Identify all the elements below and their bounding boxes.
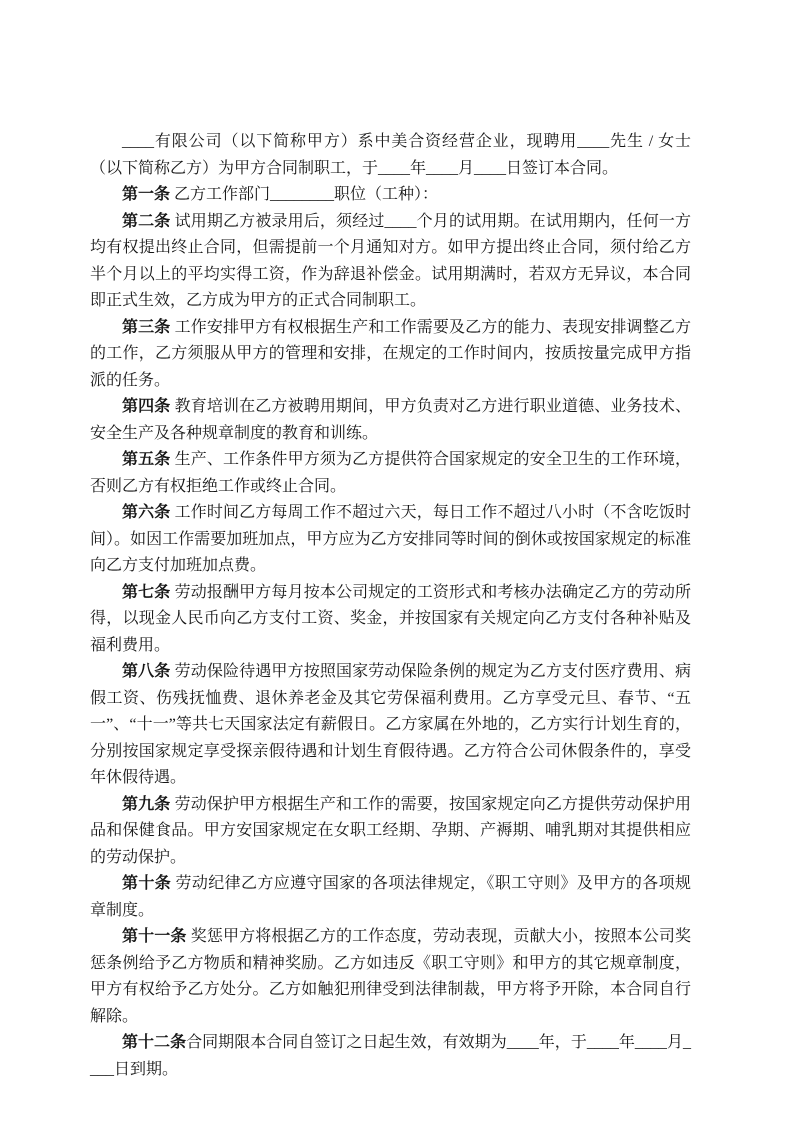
article-number: 第十一条 <box>122 928 187 945</box>
article-number: 第九条 <box>122 796 170 813</box>
contract-intro: ____有限公司（以下简称甲方）系中美合资经营企业，现聘用____先生 / 女士… <box>90 129 691 182</box>
contract-article: 第十条 劳动纪律乙方应遵守国家的各项法律规定，《职工守则》及甲方的各项规章制度。 <box>90 871 691 924</box>
contract-article: 第六条 工作时间乙方每周工作不超过六天，每日工作不超过八小时（不含吃饭时间）。如… <box>90 500 691 580</box>
contract-body: ____有限公司（以下简称甲方）系中美合资经营企业，现聘用____先生 / 女士… <box>90 129 691 1083</box>
article-number: 第七条 <box>122 584 170 601</box>
article-text: 劳动保护甲方根据生产和工作的需要，按国家规定向乙方提供劳动保护用品和保健食品。甲… <box>90 796 691 866</box>
contract-article: 第五条 生产、工作条件甲方须为乙方提供符合国家规定的安全卫生的工作环境，否则乙方… <box>90 447 691 500</box>
article-text: 教育培训在乙方被聘用期间，甲方负责对乙方进行职业道德、业务技术、安全生产及各种规… <box>90 398 691 442</box>
article-number: 第二条 <box>122 213 170 230</box>
article-number: 第一条 <box>122 186 170 203</box>
article-text: 生产、工作条件甲方须为乙方提供符合国家规定的安全卫生的工作环境，否则乙方有权拒绝… <box>90 451 691 495</box>
article-number: 第四条 <box>122 398 170 415</box>
article-number: 第三条 <box>122 319 170 336</box>
article-text: 试用期乙方被录用后，须经过____个月的试用期。在试用期内，任何一方均有权提出终… <box>90 213 691 310</box>
contract-article: 第八条 劳动保险待遇甲方按照国家劳动保险条例的规定为乙方支付医疗费用、病假工资、… <box>90 659 691 792</box>
article-text: 劳动纪律乙方应遵守国家的各项法律规定，《职工守则》及甲方的各项规章制度。 <box>90 875 691 919</box>
article-text: 劳动报酬甲方每月按本公司规定的工资形式和考核办法确定乙方的劳动所得，以现金人民币… <box>90 584 691 654</box>
article-text: 工作时间乙方每周工作不超过六天，每日工作不超过八小时（不含吃饭时间）。如因工作需… <box>90 504 691 574</box>
contract-article: 第二条 试用期乙方被录用后，须经过____个月的试用期。在试用期内，任何一方均有… <box>90 209 691 315</box>
article-number: 第八条 <box>122 663 170 680</box>
article-text: 工作安排甲方有权根据生产和工作需要及乙方的能力、表现安排调整乙方的工作，乙方须服… <box>90 319 691 389</box>
contract-article: 第十一条 奖惩甲方将根据乙方的工作态度，劳动表现，贡献大小，按照本公司奖惩条例给… <box>90 924 691 1030</box>
contract-article: 第九条 劳动保护甲方根据生产和工作的需要，按国家规定向乙方提供劳动保护用品和保健… <box>90 792 691 872</box>
article-number: 第六条 <box>122 504 170 521</box>
article-text: 劳动保险待遇甲方按照国家劳动保险条例的规定为乙方支付医疗费用、病假工资、伤残抚恤… <box>90 663 691 786</box>
article-number: 第十条 <box>122 875 171 892</box>
contract-article: 第一条 乙方工作部门________职位（工种）： <box>90 182 691 209</box>
contract-article: 第七条 劳动报酬甲方每月按本公司规定的工资形式和考核办法确定乙方的劳动所得，以现… <box>90 580 691 660</box>
contract-article: 第四条 教育培训在乙方被聘用期间，甲方负责对乙方进行职业道德、业务技术、安全生产… <box>90 394 691 447</box>
contract-article: 第三条 工作安排甲方有权根据生产和工作需要及乙方的能力、表现安排调整乙方的工作，… <box>90 315 691 395</box>
article-text: 乙方工作部门________职位（工种）： <box>170 186 438 203</box>
article-number: 第五条 <box>122 451 170 468</box>
article-number: 第十二条 <box>122 1034 186 1051</box>
document-page: ____有限公司（以下简称甲方）系中美合资经营企业，现聘用____先生 / 女士… <box>0 0 793 1122</box>
contract-article: 第十二条合同期限本合同自签订之日起生效，有效期为____年，于____年____… <box>90 1030 691 1083</box>
